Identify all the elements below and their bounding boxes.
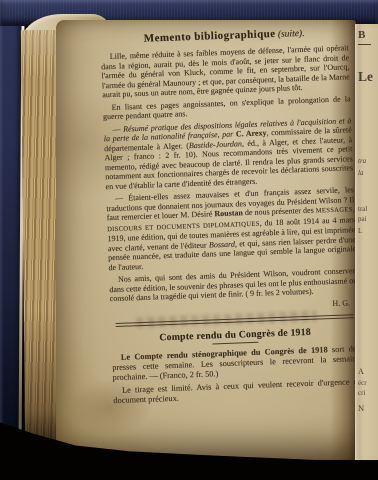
main-paragraphs: Lille, même réduite à ses faibles moyens…: [101, 43, 358, 303]
facing-text-fragment: B: [358, 30, 371, 45]
paragraph: — Résumé pratique des dispositions légal…: [103, 116, 353, 192]
facing-text-fragment: écr: [358, 380, 367, 387]
facing-text-fragment: L: [358, 228, 362, 235]
section-paragraphs: Le Compte rendu sténographique du Congrè…: [112, 344, 362, 406]
text-segment: Lille, même réduite à ses faibles moyens…: [101, 43, 350, 99]
facing-text-fragment: pai: [358, 216, 367, 223]
text-segment: C. Arexy: [236, 128, 267, 138]
scanned-book-photo: { "colors": { "cover_navy": "#262c4c", "…: [0, 0, 378, 480]
page-title-suffix: (suite).: [275, 29, 304, 40]
section-title-underline: [212, 341, 258, 344]
paragraph: — Étaient-elles assez mauvaises et d'un …: [106, 185, 357, 272]
paragraph: Le Compte rendu sténographique du Congrè…: [112, 344, 361, 383]
page-text-block: Memento bibliographique (suite). Lille, …: [100, 25, 362, 408]
page-gutter-shadow: [330, 20, 356, 460]
facing-text-fragment: Le: [358, 70, 373, 84]
section-compte-rendu: Compte rendu du Congrès de 1918 Le Compt…: [111, 314, 362, 406]
facing-text-fragment: la: [358, 170, 363, 177]
text-segment: —: [112, 124, 123, 133]
facing-text-fragment: N: [358, 404, 364, 413]
facing-text-fragment: tra: [358, 158, 366, 165]
paragraph: Lille, même réduite à ses faibles moyens…: [101, 43, 351, 100]
facing-text-fragment: A: [358, 368, 364, 376]
text-segment: Bossard: [209, 239, 235, 249]
facing-page-sliver: BLetralatralpaiLAécrcriN: [355, 24, 378, 460]
facing-text-fragment: tral: [358, 206, 367, 213]
text-segment: Roustan: [214, 208, 243, 218]
facing-text-fragment: cri: [358, 390, 365, 397]
text-segment: Nos amis, qui sont des amis du Président…: [109, 266, 357, 303]
